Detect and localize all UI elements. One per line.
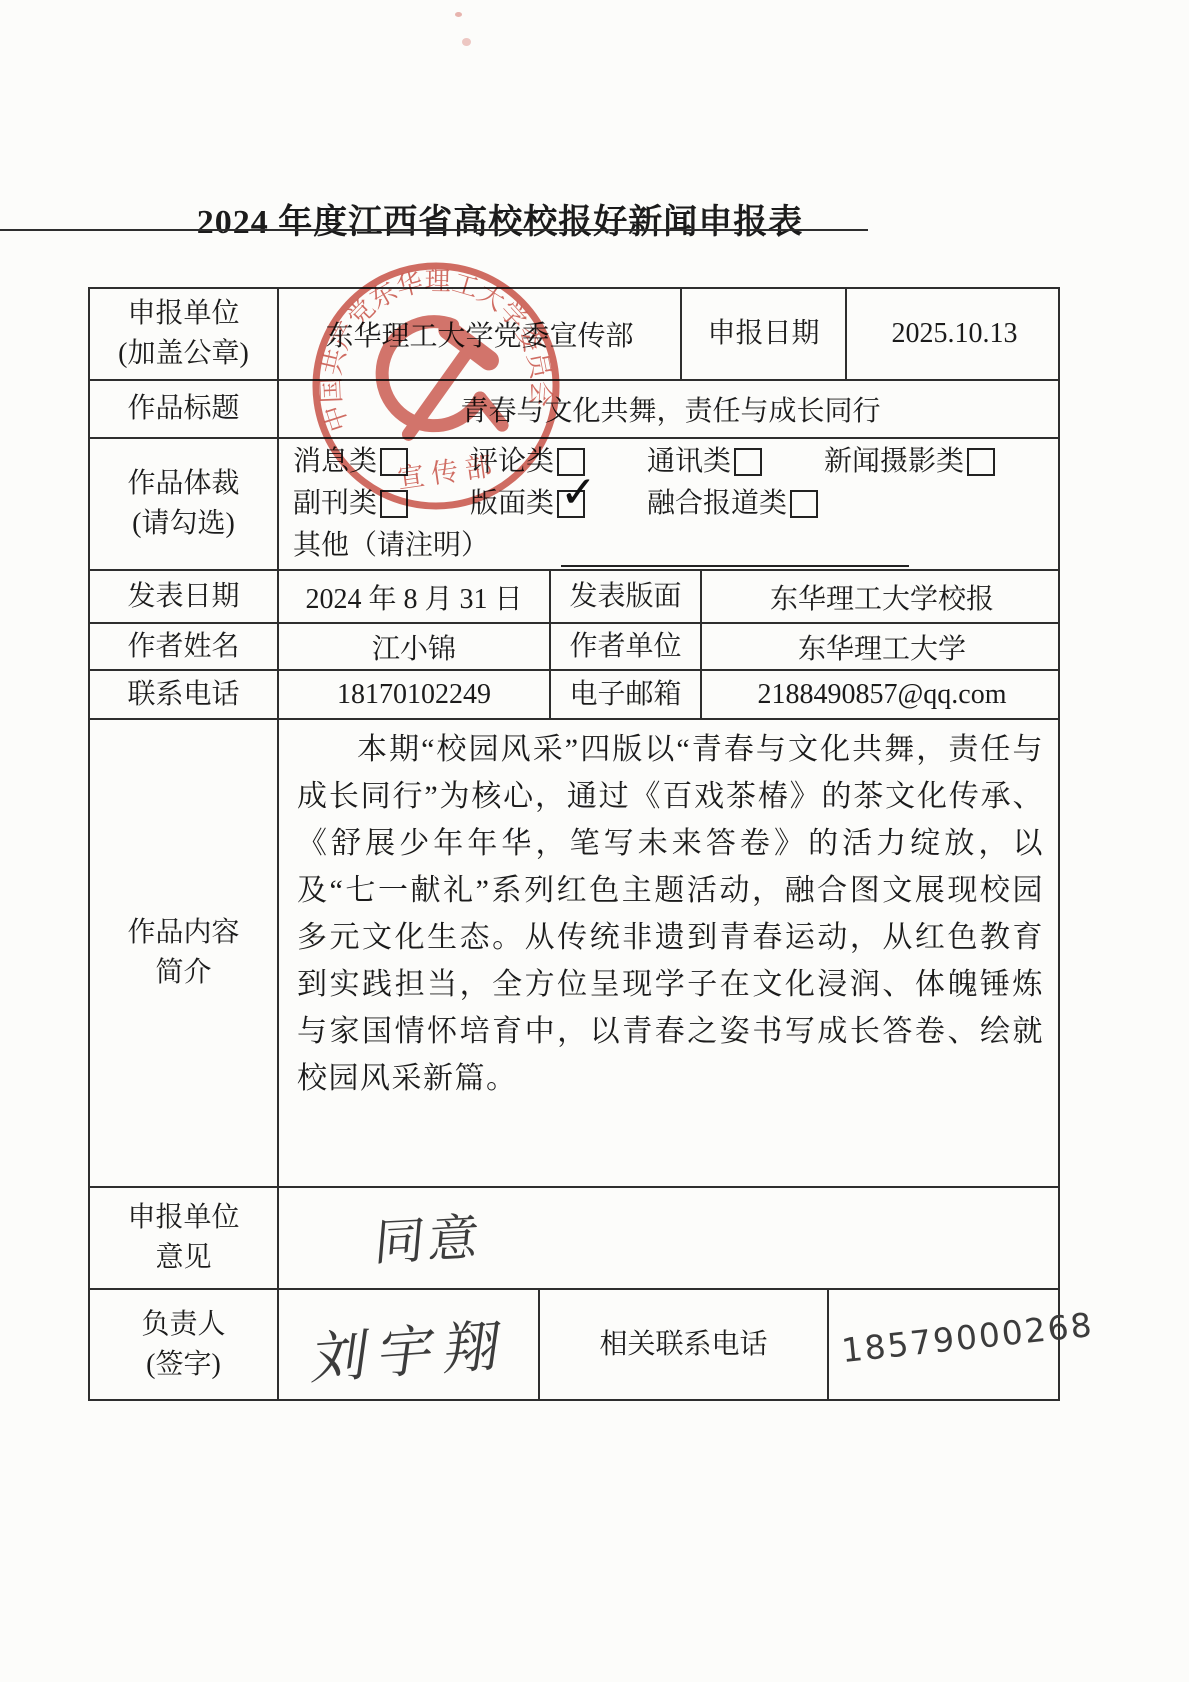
scanned-form-page: 2024 年度江西省高校校报好新闻申报表 申报单位 (加盖公章) 东华理工大学党… [0, 0, 1189, 1682]
publish-page-value: 东华理工大学校报 [702, 571, 1062, 622]
email-value: 2188490857@qq.com [702, 671, 1062, 718]
summary-text: 本期“校园风采”四版以“青春与文化共舞，责任与成长同行”为核心，通过《百戏茶椿》… [297, 726, 1044, 1102]
phone-label: 联系电话 [90, 671, 279, 718]
page-title: 2024 年度江西省高校校报好新闻申报表 [0, 194, 1000, 243]
phone-value: 18170102249 [279, 671, 551, 718]
work-title-value: 青春与文化共舞，责任与成长同行 [279, 381, 1062, 437]
genre-options: 消息类 评论类 通讯类 新闻摄影类 [279, 439, 1062, 569]
genre-option-news[interactable]: 消息类 [293, 441, 408, 483]
scan-line-artifact [0, 229, 868, 231]
table-row: 联系电话 18170102249 电子邮箱 2188490857@qq.com [90, 671, 1058, 720]
genre-label: 作品体裁 (请勾选) [90, 439, 279, 569]
unit-opinion-label: 申报单位 意见 [90, 1188, 279, 1288]
table-row: 作品体裁 (请勾选) 消息类 评论类 通讯类 [90, 439, 1058, 571]
other-blank-line[interactable] [561, 535, 909, 567]
author-name-label: 作者姓名 [90, 624, 279, 669]
genre-option-correspondence[interactable]: 通讯类 [647, 441, 762, 483]
contact-phone-label: 相关联系电话 [540, 1290, 829, 1399]
handwritten-signature: 刘宇翔 [308, 1301, 517, 1396]
table-row: 负责人 (签字) 刘宇翔 相关联系电话 18579000268 [90, 1290, 1058, 1399]
genre-row-2: 副刊类 版面类 ✓ 融合报道类 [293, 483, 818, 525]
genre-option-integrated-report[interactable]: 融合报道类 [647, 483, 818, 525]
ink-speck [455, 12, 462, 17]
table-row: 作品标题 青春与文化共舞，责任与成长同行 [90, 381, 1058, 439]
publish-date-label: 发表日期 [90, 571, 279, 622]
application-form-table: 申报单位 (加盖公章) 东华理工大学党委宣传部 申报日期 2025.10.13 … [88, 287, 1060, 1401]
table-row: 申报单位 意见 同意 [90, 1188, 1058, 1290]
publish-date-value: 2024 年 8 月 31 日 [279, 571, 551, 622]
genre-other-label: 其他（请注明） [293, 525, 489, 567]
author-unit-label: 作者单位 [551, 624, 702, 669]
declare-date-label: 申报日期 [682, 289, 847, 379]
author-name-value: 江小锦 [279, 624, 551, 669]
declare-date-value: 2025.10.13 [847, 289, 1062, 379]
checkbox-icon[interactable] [734, 448, 762, 476]
genre-option-layout[interactable]: 版面类 ✓ [470, 483, 585, 525]
handwritten-phone: 18579000268 [840, 1305, 1096, 1370]
table-row: 申报单位 (加盖公章) 东华理工大学党委宣传部 申报日期 2025.10.13 [90, 289, 1058, 381]
author-unit-value: 东华理工大学 [702, 624, 1062, 669]
responsible-label: 负责人 (签字) [90, 1290, 279, 1399]
checkbox-checked-icon[interactable]: ✓ [557, 490, 585, 518]
genre-option-supplement[interactable]: 副刊类 [293, 483, 408, 525]
summary-cell: 本期“校园风采”四版以“青春与文化共舞，责任与成长同行”为核心，通过《百戏茶椿》… [279, 720, 1062, 1186]
genre-row-1: 消息类 评论类 通讯类 新闻摄影类 [293, 441, 995, 483]
unit-opinion-cell: 同意 [279, 1188, 1062, 1288]
ink-speck [462, 38, 471, 46]
genre-option-photography[interactable]: 新闻摄影类 [824, 441, 995, 483]
work-title-label: 作品标题 [90, 381, 279, 437]
declare-unit-label: 申报单位 (加盖公章) [90, 289, 279, 379]
checkbox-icon[interactable] [380, 448, 408, 476]
table-row: 作品内容 简介 本期“校园风采”四版以“青春与文化共舞，责任与成长同行”为核心，… [90, 720, 1058, 1188]
summary-label: 作品内容 简介 [90, 720, 279, 1186]
checkbox-icon[interactable] [380, 490, 408, 518]
declare-unit-value: 东华理工大学党委宣传部 [279, 289, 682, 379]
table-row: 发表日期 2024 年 8 月 31 日 发表版面 东华理工大学校报 [90, 571, 1058, 624]
signature-cell: 刘宇翔 [279, 1290, 540, 1399]
email-label: 电子邮箱 [551, 671, 702, 718]
handwritten-approval: 同意 [372, 1197, 486, 1275]
checkbox-icon[interactable] [790, 490, 818, 518]
publish-page-label: 发表版面 [551, 571, 702, 622]
contact-phone-cell: 18579000268 [829, 1290, 1062, 1399]
table-row: 作者姓名 江小锦 作者单位 东华理工大学 [90, 624, 1058, 671]
checkbox-icon[interactable] [967, 448, 995, 476]
genre-row-other: 其他（请注明） [293, 525, 909, 567]
